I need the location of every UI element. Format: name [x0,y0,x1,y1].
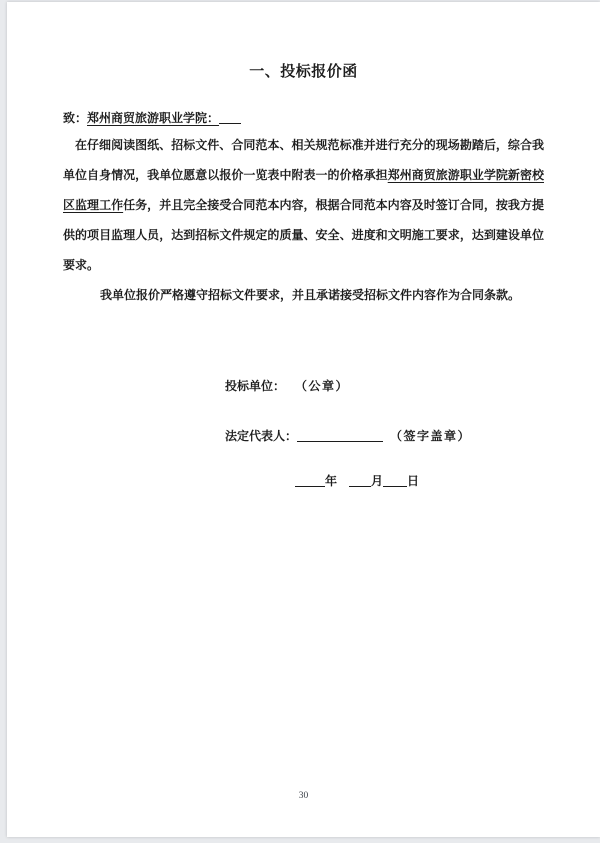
recipient-name-underlined: 郑州商贸旅游职业学院： [87,111,219,125]
legal-rep-label: 法定代表人： [225,429,297,443]
paragraph-text: 任务，并且完全接受合同范本内容，根据合同范本内容及时签订合同，按我方提供的项目监… [63,198,544,272]
bidder-label: 投标单位： [225,379,285,393]
bidder-seal-label: （公章） [301,379,349,393]
document-page: 一、投标报价函 致：郑州商贸旅游职业学院： 在仔细阅读图纸、招标文件、合同范本、… [7,2,600,837]
date-day-blank [383,474,407,487]
date-day-label: 日 [407,474,419,488]
page-number: 30 [7,791,600,801]
date-month-label: 月 [371,474,383,488]
paragraph-commitment: 我单位报价严格遵守招标文件要求，并且承诺接受招标文件内容作为合同条款。 [63,280,544,310]
date-year-blank [295,474,325,487]
salutation-line: 致：郑州商贸旅游职业学院： [63,109,241,126]
signature-legal-rep-line: 法定代表人：（签字盖章） [225,427,471,444]
date-year-label: 年 [325,474,337,488]
document-title: 一、投标报价函 [7,60,600,81]
legal-rep-blank-line [297,429,383,442]
date-month-blank [349,474,371,487]
signature-date-line: 年月日 [295,472,419,489]
salutation-prefix: 致： [63,111,87,125]
viewer-background: { "document": { "title": "一、投标报价函", "sal… [0,0,600,843]
legal-rep-seal-label: （签字盖章） [390,429,471,443]
paragraph-bid-statement: 在仔细阅读图纸、招标文件、合同范本、相关规范标准并进行充分的现场勘踏后，综合我单… [63,130,544,280]
signature-bidder-line: 投标单位：（公章） [225,377,349,394]
salutation-blank-line [219,111,241,124]
